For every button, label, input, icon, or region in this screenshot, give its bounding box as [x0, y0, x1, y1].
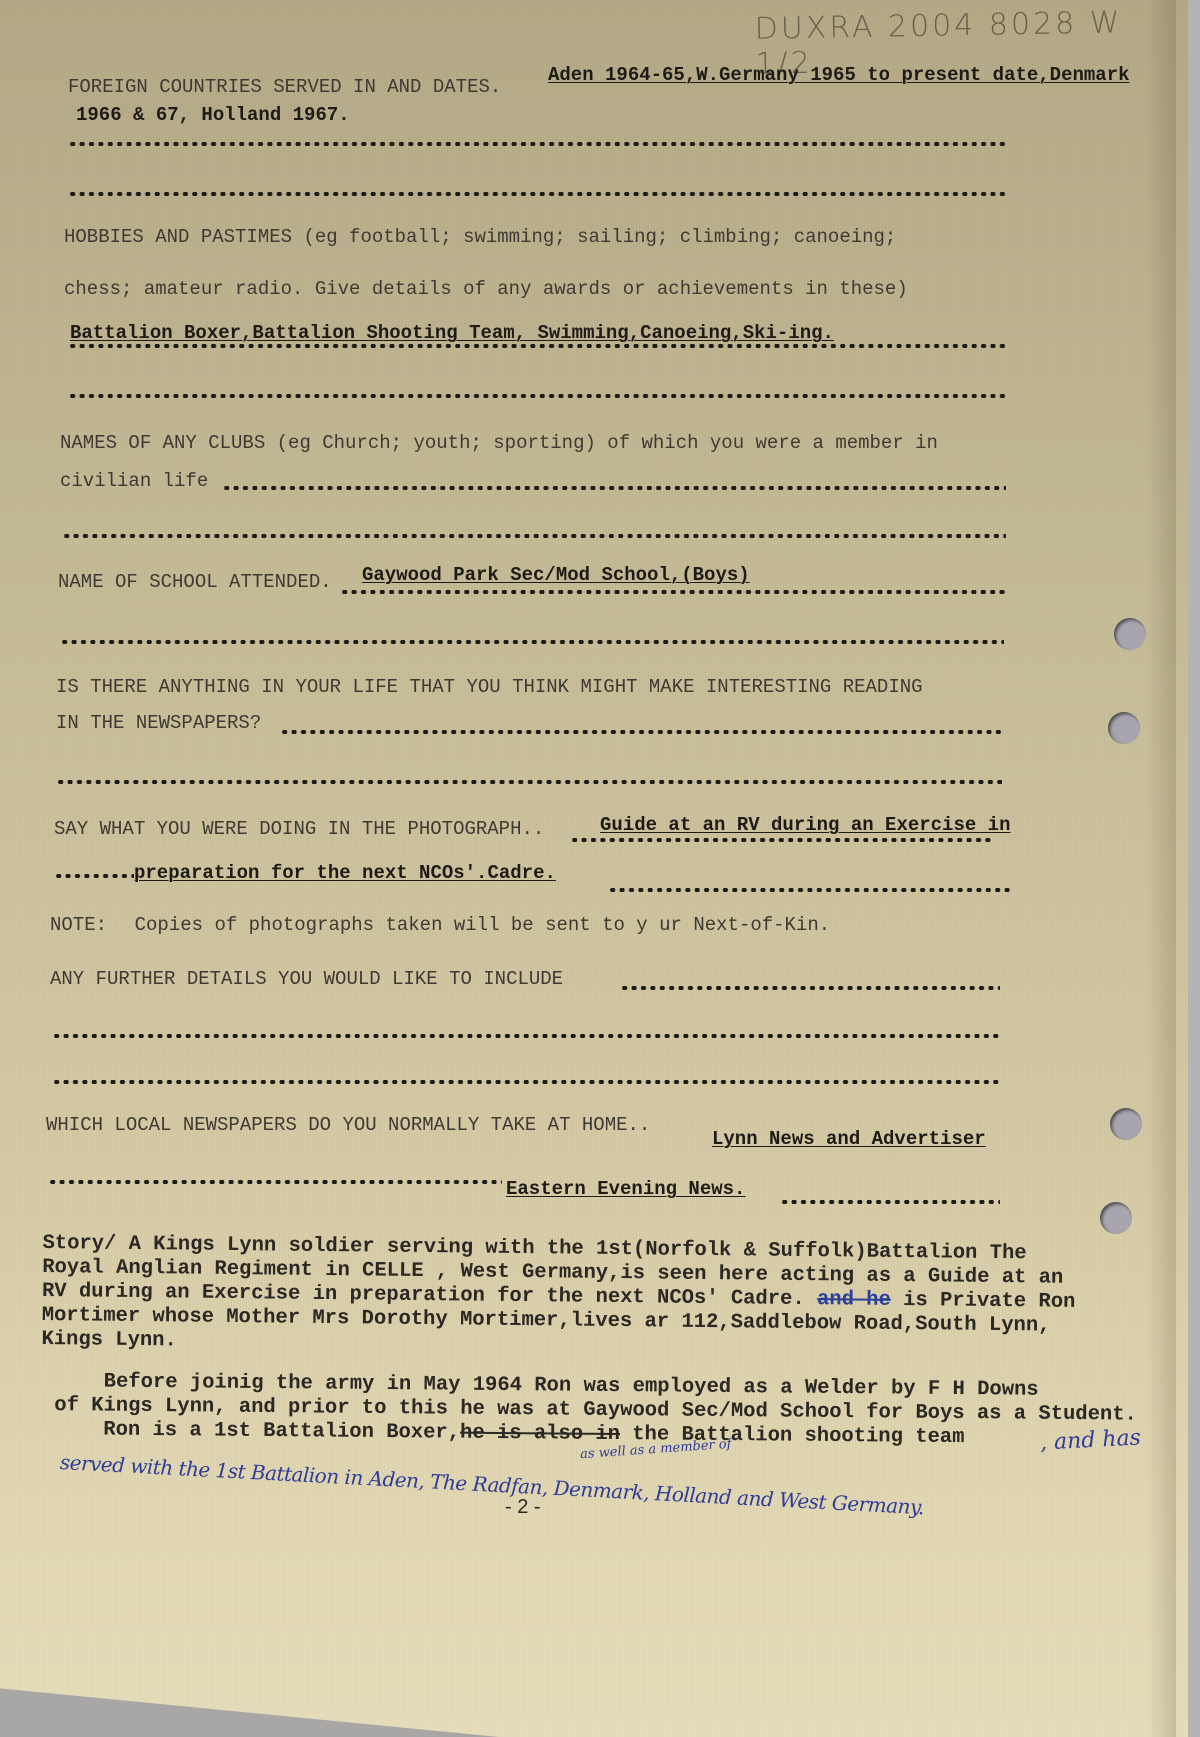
- photograph-question: SAY WHAT YOU WERE DOING IN THE PHOTOGRAP…: [54, 818, 544, 840]
- interesting-question-2: IN THE NEWSPAPERS?: [56, 712, 261, 734]
- further-details-question: ANY FURTHER DETAILS YOU WOULD LIKE TO IN…: [50, 968, 563, 990]
- newspapers-answer: Lynn News and Advertiser: [712, 1128, 986, 1150]
- clubs-question: NAMES OF ANY CLUBS (eg Church; youth; sp…: [60, 432, 938, 454]
- dotted-line: [60, 640, 1004, 644]
- foreign-countries-answer-2: 1966 & 67, Holland 1967.: [76, 104, 350, 126]
- punch-hole: [1100, 1202, 1132, 1234]
- newspapers-answer-2: Eastern Evening News.: [506, 1178, 745, 1200]
- page-shadow: [1146, 0, 1176, 1737]
- dotted-line: [68, 344, 1008, 348]
- dotted-line: [780, 1200, 1000, 1204]
- document-page: DUXRA 2004 8028 W 1/2 FOREIGN COUNTRIES …: [0, 0, 1188, 1737]
- clubs-question-2: civilian life: [60, 470, 208, 492]
- note-text: Copies of photographs taken will be sent…: [135, 914, 831, 936]
- dotted-line: [48, 1180, 502, 1184]
- page-number: - 2 -: [505, 1496, 541, 1519]
- interesting-question: IS THERE ANYTHING IN YOUR LIFE THAT YOU …: [56, 676, 923, 698]
- photograph-answer-2: preparation for the next NCOs'.Cadre.: [134, 862, 556, 884]
- handwritten-note: served with the 1st Battalion in Aden, T…: [59, 1450, 924, 1519]
- hobbies-answer: Battalion Boxer,Battalion Shooting Team,…: [70, 322, 834, 344]
- note-label: NOTE:: [50, 914, 107, 936]
- foreign-countries-question: FOREIGN COUNTRIES SERVED IN AND DATES.: [68, 76, 501, 98]
- dotted-line: [52, 1034, 1000, 1038]
- punch-hole: [1108, 712, 1140, 744]
- photograph-answer: Guide at an RV during an Exercise in: [600, 814, 1010, 836]
- dotted-line: [222, 486, 1006, 490]
- struck-text: and he: [817, 1288, 891, 1312]
- hobbies-question-2: chess; amateur radio. Give details of an…: [64, 278, 908, 300]
- dotted-line: [68, 192, 1008, 196]
- dotted-line: [280, 730, 1002, 734]
- dotted-line: [620, 986, 1000, 990]
- punch-hole: [1114, 618, 1146, 650]
- struck-text: he is also in: [460, 1422, 620, 1446]
- binding-edge: [1188, 0, 1200, 1737]
- school-question: NAME OF SCHOOL ATTENDED.: [58, 571, 332, 593]
- dotted-line: [68, 394, 1008, 398]
- newspapers-question: WHICH LOCAL NEWSPAPERS DO YOU NORMALLY T…: [46, 1114, 650, 1136]
- punch-hole: [1110, 1108, 1142, 1140]
- dotted-line: [570, 838, 994, 842]
- dotted-line: [52, 1080, 1000, 1084]
- dotted-line: [608, 888, 1010, 892]
- foreign-countries-answer: Aden 1964-65,W.Germany 1965 to present d…: [548, 64, 1130, 86]
- foreign-countries-label: FOREIGN COUNTRIES SERVED IN AND DATES.: [68, 76, 501, 98]
- story-paragraph-1: Story/ A Kings Lynn soldier serving with…: [41, 1232, 1076, 1363]
- note: NOTE: Copies of photographs taken will b…: [50, 914, 830, 936]
- dotted-line: [62, 534, 1006, 538]
- handwritten-continuation: , and has: [1039, 1425, 1141, 1455]
- hobbies-question: HOBBIES AND PASTIMES (eg football; swimm…: [64, 226, 896, 248]
- dotted-line: [68, 142, 1008, 146]
- dotted-line: [340, 590, 1006, 594]
- dotted-line: [54, 874, 134, 878]
- dotted-line: [56, 780, 1002, 784]
- story-paragraph-2: Before joinig the army in May 1964 Ron w…: [42, 1370, 1137, 1452]
- school-answer: Gaywood Park Sec/Mod School,(Boys): [362, 564, 750, 586]
